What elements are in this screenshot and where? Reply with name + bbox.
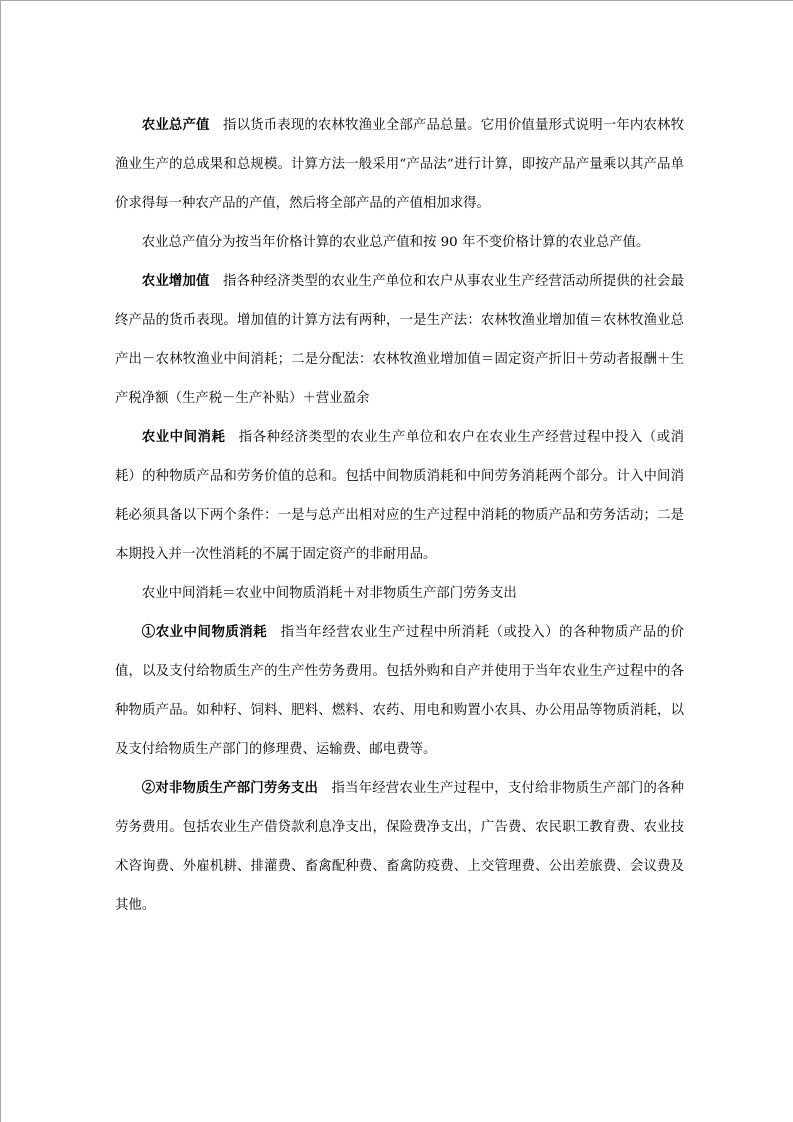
paragraph: 农业总产值指以货币表现的农林牧渔业全部产品总量。它用价值量形式说明一年内农林牧渔… (115, 106, 684, 223)
paragraph-text: 农业总产值分为按当年价格计算的农业总产值和按 90 年不变价格计算的农业总产值。 (142, 235, 650, 250)
paragraph: ②对非物质生产部门劳务支出指当年经营农业生产过程中，支付给非物质生产部门的各种劳… (115, 769, 684, 925)
paragraph: 农业增加值指各种经济类型的农业生产单位和农户从事农业生产经营活动所提供的社会最终… (115, 262, 684, 418)
document-page: 农业总产值指以货币表现的农林牧渔业全部产品总量。它用价值量形式说明一年内农林牧渔… (0, 0, 793, 1122)
paragraph: ①农业中间物质消耗指当年经营农业生产过程中所消耗（或投入）的各种物质产品的价值，… (115, 613, 684, 769)
document-content: 农业总产值指以货币表现的农林牧渔业全部产品总量。它用价值量形式说明一年内农林牧渔… (115, 106, 684, 925)
paragraph-text: 指各种经济类型的农业生产单位和农户从事农业生产经营活动所提供的社会最终产品的货币… (115, 274, 684, 406)
paragraph-text: 农业中间消耗＝农业中间物质消耗＋对非物质生产部门劳务支出 (142, 586, 517, 601)
term-heading: 农业中间消耗 (142, 429, 226, 445)
term-heading: 农业总产值 (142, 117, 210, 133)
term-heading: ①农业中间物质消耗 (142, 624, 267, 640)
paragraph-text: 指当年经营农业生产过程中，支付给非物质生产部门的各种劳务费用。包括农业生产借贷款… (115, 781, 684, 913)
paragraph: 农业中间消耗＝农业中间物质消耗＋对非物质生产部门劳务支出 (115, 574, 684, 613)
paragraph-text: 指各种经济类型的农业生产单位和农户在农业生产经营过程中投入（或消耗）的种物质产品… (115, 430, 684, 562)
term-heading: ②对非物质生产部门劳务支出 (142, 780, 318, 796)
term-heading: 农业增加值 (142, 273, 210, 289)
paragraph: 农业总产值分为按当年价格计算的农业总产值和按 90 年不变价格计算的农业总产值。 (115, 223, 684, 262)
paragraph-text: 指当年经营农业生产过程中所消耗（或投入）的各种物质产品的价值，以及支付给物质生产… (115, 625, 684, 757)
paragraph: 农业中间消耗指各种经济类型的农业生产单位和农户在农业生产经营过程中投入（或消耗）… (115, 418, 684, 574)
